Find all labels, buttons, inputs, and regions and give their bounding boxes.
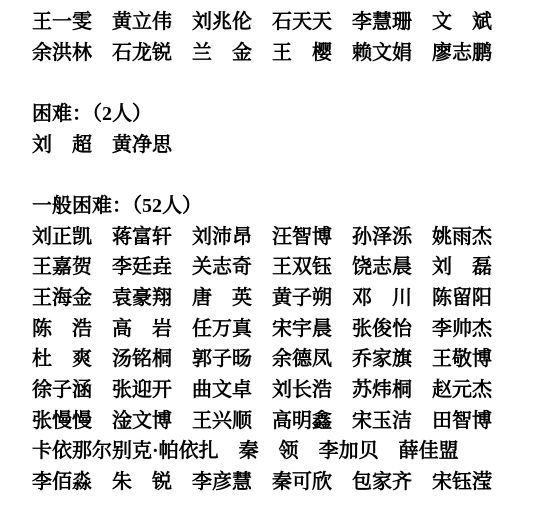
person-name: 王兴顺 [192,404,252,433]
person-name: 李廷垚 [112,250,172,279]
person-name: 任万真 [192,312,252,341]
person-name: 宋玉洁 [352,404,412,433]
person-name: 王嘉贺 [32,250,92,279]
person-name: 王 樱 [272,36,332,65]
person-name: 唐 英 [192,281,252,310]
person-name: 石龙锐 [112,36,172,65]
person-name: 宋钰滢 [432,465,492,494]
name-row: 徐子涵张迎开曲文卓刘长浩苏炜桐赵元杰 [32,372,543,403]
document-page: 王一雯黄立伟刘兆伦石天天李慧珊文 斌余洪林石龙锐兰 金王 樱赖文娟廖志鹏困难：（… [0,0,543,516]
name-row: 卡依那尔别克·帕依扎秦 领李加贝薛佳盟 [32,433,543,464]
person-name: 饶志晨 [352,250,412,279]
name-row: 刘正凯蒋富轩刘沛昂汪智博孙泽泺姚雨杰 [32,219,543,250]
person-name: 王双钰 [272,250,332,279]
person-name: 廖志鹏 [432,36,492,65]
person-name: 宋宇晨 [272,312,332,341]
name-row: 李佰淼朱 锐李彦慧秦可欣包家齐宋钰滢 [32,464,543,495]
section-heading-label: 一般困难：（52人） [32,189,202,218]
person-name: 刘长浩 [272,373,332,402]
person-name: 刘正凯 [32,220,92,249]
person-name: 孙泽泺 [352,220,412,249]
person-name: 秦可欣 [272,465,332,494]
person-name: 余洪林 [32,36,92,65]
person-name: 田智博 [432,404,492,433]
name-row: 杜 爽汤铭桐郭子旸余德凤乔家旗王敬博 [32,341,543,372]
person-name: 郭子旸 [192,342,252,371]
person-name: 石天天 [272,5,332,34]
person-name: 邓 川 [352,281,412,310]
person-name: 汤铭桐 [112,342,172,371]
person-name: 李彦慧 [192,465,252,494]
person-name: 秦 领 [239,434,299,463]
person-name: 张俊怡 [352,312,412,341]
person-name: 张慢慢 [32,404,92,433]
person-name: 乔家旗 [352,342,412,371]
person-name: 刘兆伦 [192,5,252,34]
person-name: 李慧珊 [352,5,412,34]
person-name: 黄子朔 [272,281,332,310]
person-name: 刘 磊 [432,250,492,279]
person-name: 余德凤 [272,342,332,371]
person-name: 赖文娟 [352,36,412,65]
person-name: 兰 金 [192,36,252,65]
person-name: 刘 超 [32,128,92,157]
section-heading: 一般困难：（52人） [32,188,543,219]
person-name: 李佰淼 [32,465,92,494]
person-name: 袁豪翔 [112,281,172,310]
name-row: 王嘉贺李廷垚关志奇王双钰饶志晨刘 磊 [32,249,543,280]
blank-line [32,157,543,188]
name-row: 余洪林石龙锐兰 金王 樱赖文娟廖志鹏 [32,35,543,66]
person-name: 杜 爽 [32,342,92,371]
person-name: 王一雯 [32,5,92,34]
section-heading-label: 困难：（2人） [32,97,152,126]
person-name: 朱 锐 [112,465,172,494]
person-name: 王海金 [32,281,92,310]
name-row: 王海金袁豪翔唐 英黄子朔邓 川陈留阳 [32,280,543,311]
person-name: 文 斌 [432,5,492,34]
name-row: 陈 浩高 岩任万真宋宇晨张俊怡李帅杰 [32,311,543,342]
person-name: 赵元杰 [432,373,492,402]
person-name: 汪智博 [272,220,332,249]
person-name: 张迎开 [112,373,172,402]
person-name: 苏炜桐 [352,373,412,402]
person-name: 姚雨杰 [432,220,492,249]
person-name: 黄净思 [112,128,172,157]
person-name: 蒋富轩 [112,220,172,249]
person-name: 包家齐 [352,465,412,494]
person-name: 徐子涵 [32,373,92,402]
blank-line [32,65,543,96]
person-name: 李帅杰 [432,312,492,341]
name-row: 王一雯黄立伟刘兆伦石天天李慧珊文 斌 [32,4,543,35]
person-name: 卡依那尔别克·帕依扎 [32,434,219,463]
person-name: 黄立伟 [112,5,172,34]
person-name: 高明鑫 [272,404,332,433]
person-name: 曲文卓 [192,373,252,402]
person-name: 陈留阳 [432,281,492,310]
section-heading: 困难：（2人） [32,96,543,127]
person-name: 薛佳盟 [399,434,459,463]
person-name: 王敬博 [432,342,492,371]
name-row: 刘 超黄净思 [32,127,543,158]
person-name: 高 岩 [112,312,172,341]
person-name: 李加贝 [319,434,379,463]
person-name: 刘沛昂 [192,220,252,249]
person-name: 淦文博 [112,404,172,433]
name-row: 张慢慢淦文博王兴顺高明鑫宋玉洁田智博 [32,403,543,434]
person-name: 陈 浩 [32,312,92,341]
person-name: 关志奇 [192,250,252,279]
